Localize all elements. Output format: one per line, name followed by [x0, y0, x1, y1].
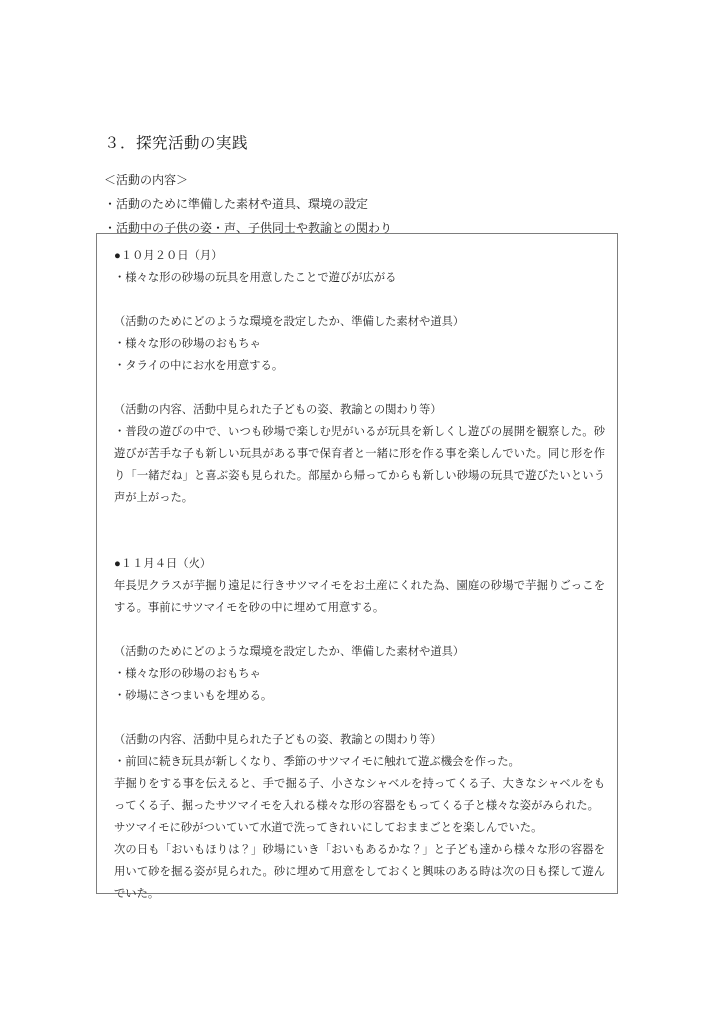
environment-item: ・様々な形の砂場のおもちゃ [114, 663, 605, 685]
activity-entry-nov4: ●１１月４日（火） 年長児クラスが芋掘り遠足に行きサツマイモをお土産にくれた為、… [114, 553, 605, 905]
intro-heading: ＜活動の内容＞ [104, 168, 392, 192]
activity-entry-oct20: ●１０月２０日（月） ・様々な形の砂場の玩具を用意したことで遊びが広がる （活動… [114, 245, 605, 509]
intro-section: ＜活動の内容＞ ・活動のために準備した素材や道具、環境の設定 ・活動中の子供の姿… [104, 168, 392, 240]
intro-bullet-materials: ・活動のために準備した素材や道具、環境の設定 [104, 192, 392, 216]
entry-lead: ・様々な形の砂場の玩具を用意したことで遊びが広がる [114, 267, 605, 289]
environment-item: ・砂場にさつまいもを埋める。 [114, 685, 605, 707]
observation-paragraph: ・前回に続き玩具が新しくなり、季節のサツマイモに触れて遊ぶ機会を作った。 [114, 751, 605, 773]
observation-heading: （活動の内容、活動中見られた子どもの姿、教諭との関わり等） [114, 729, 605, 751]
observation-paragraph: サツマイモに砂がついていて水道で洗ってきれいにしておままごとを楽しんでいた。 [114, 817, 605, 839]
observation-heading: （活動の内容、活動中見られた子どもの姿、教諭との関わり等） [114, 399, 605, 421]
environment-heading: （活動のためにどのような環境を設定したか、準備した素材や道具） [114, 311, 605, 333]
environment-item: ・タライの中にお水を用意する。 [114, 355, 605, 377]
document-page: ３．探究活動の実践 ＜活動の内容＞ ・活動のために準備した素材や道具、環境の設定… [0, 0, 724, 1024]
entry-lead: 年長児クラスが芋掘り遠足に行きサツマイモをお土産にくれた為、園庭の砂場で芋掘りご… [114, 575, 605, 619]
activity-record-box: ●１０月２０日（月） ・様々な形の砂場の玩具を用意したことで遊びが広がる （活動… [96, 233, 618, 894]
observation-paragraph: 芋掘りをする事を伝えると、手で掘る子、小さなシャベルを持ってくる子、大きなシャベ… [114, 773, 605, 817]
observation-paragraph: 次の日も「おいもほりは？」砂場にいき「おいもあるかな？」と子ども達から様々な形の… [114, 839, 605, 905]
observation-paragraph: ・普段の遊びの中で、いつも砂場で楽しむ児がいるが玩具を新しくし遊びの展開を観察し… [114, 421, 605, 509]
page-title: ３．探究活動の実践 [104, 131, 248, 153]
entry-date: ●１１月４日（火） [114, 553, 605, 575]
environment-heading: （活動のためにどのような環境を設定したか、準備した素材や道具） [114, 641, 605, 663]
environment-item: ・様々な形の砂場のおもちゃ [114, 333, 605, 355]
entry-date: ●１０月２０日（月） [114, 245, 605, 267]
